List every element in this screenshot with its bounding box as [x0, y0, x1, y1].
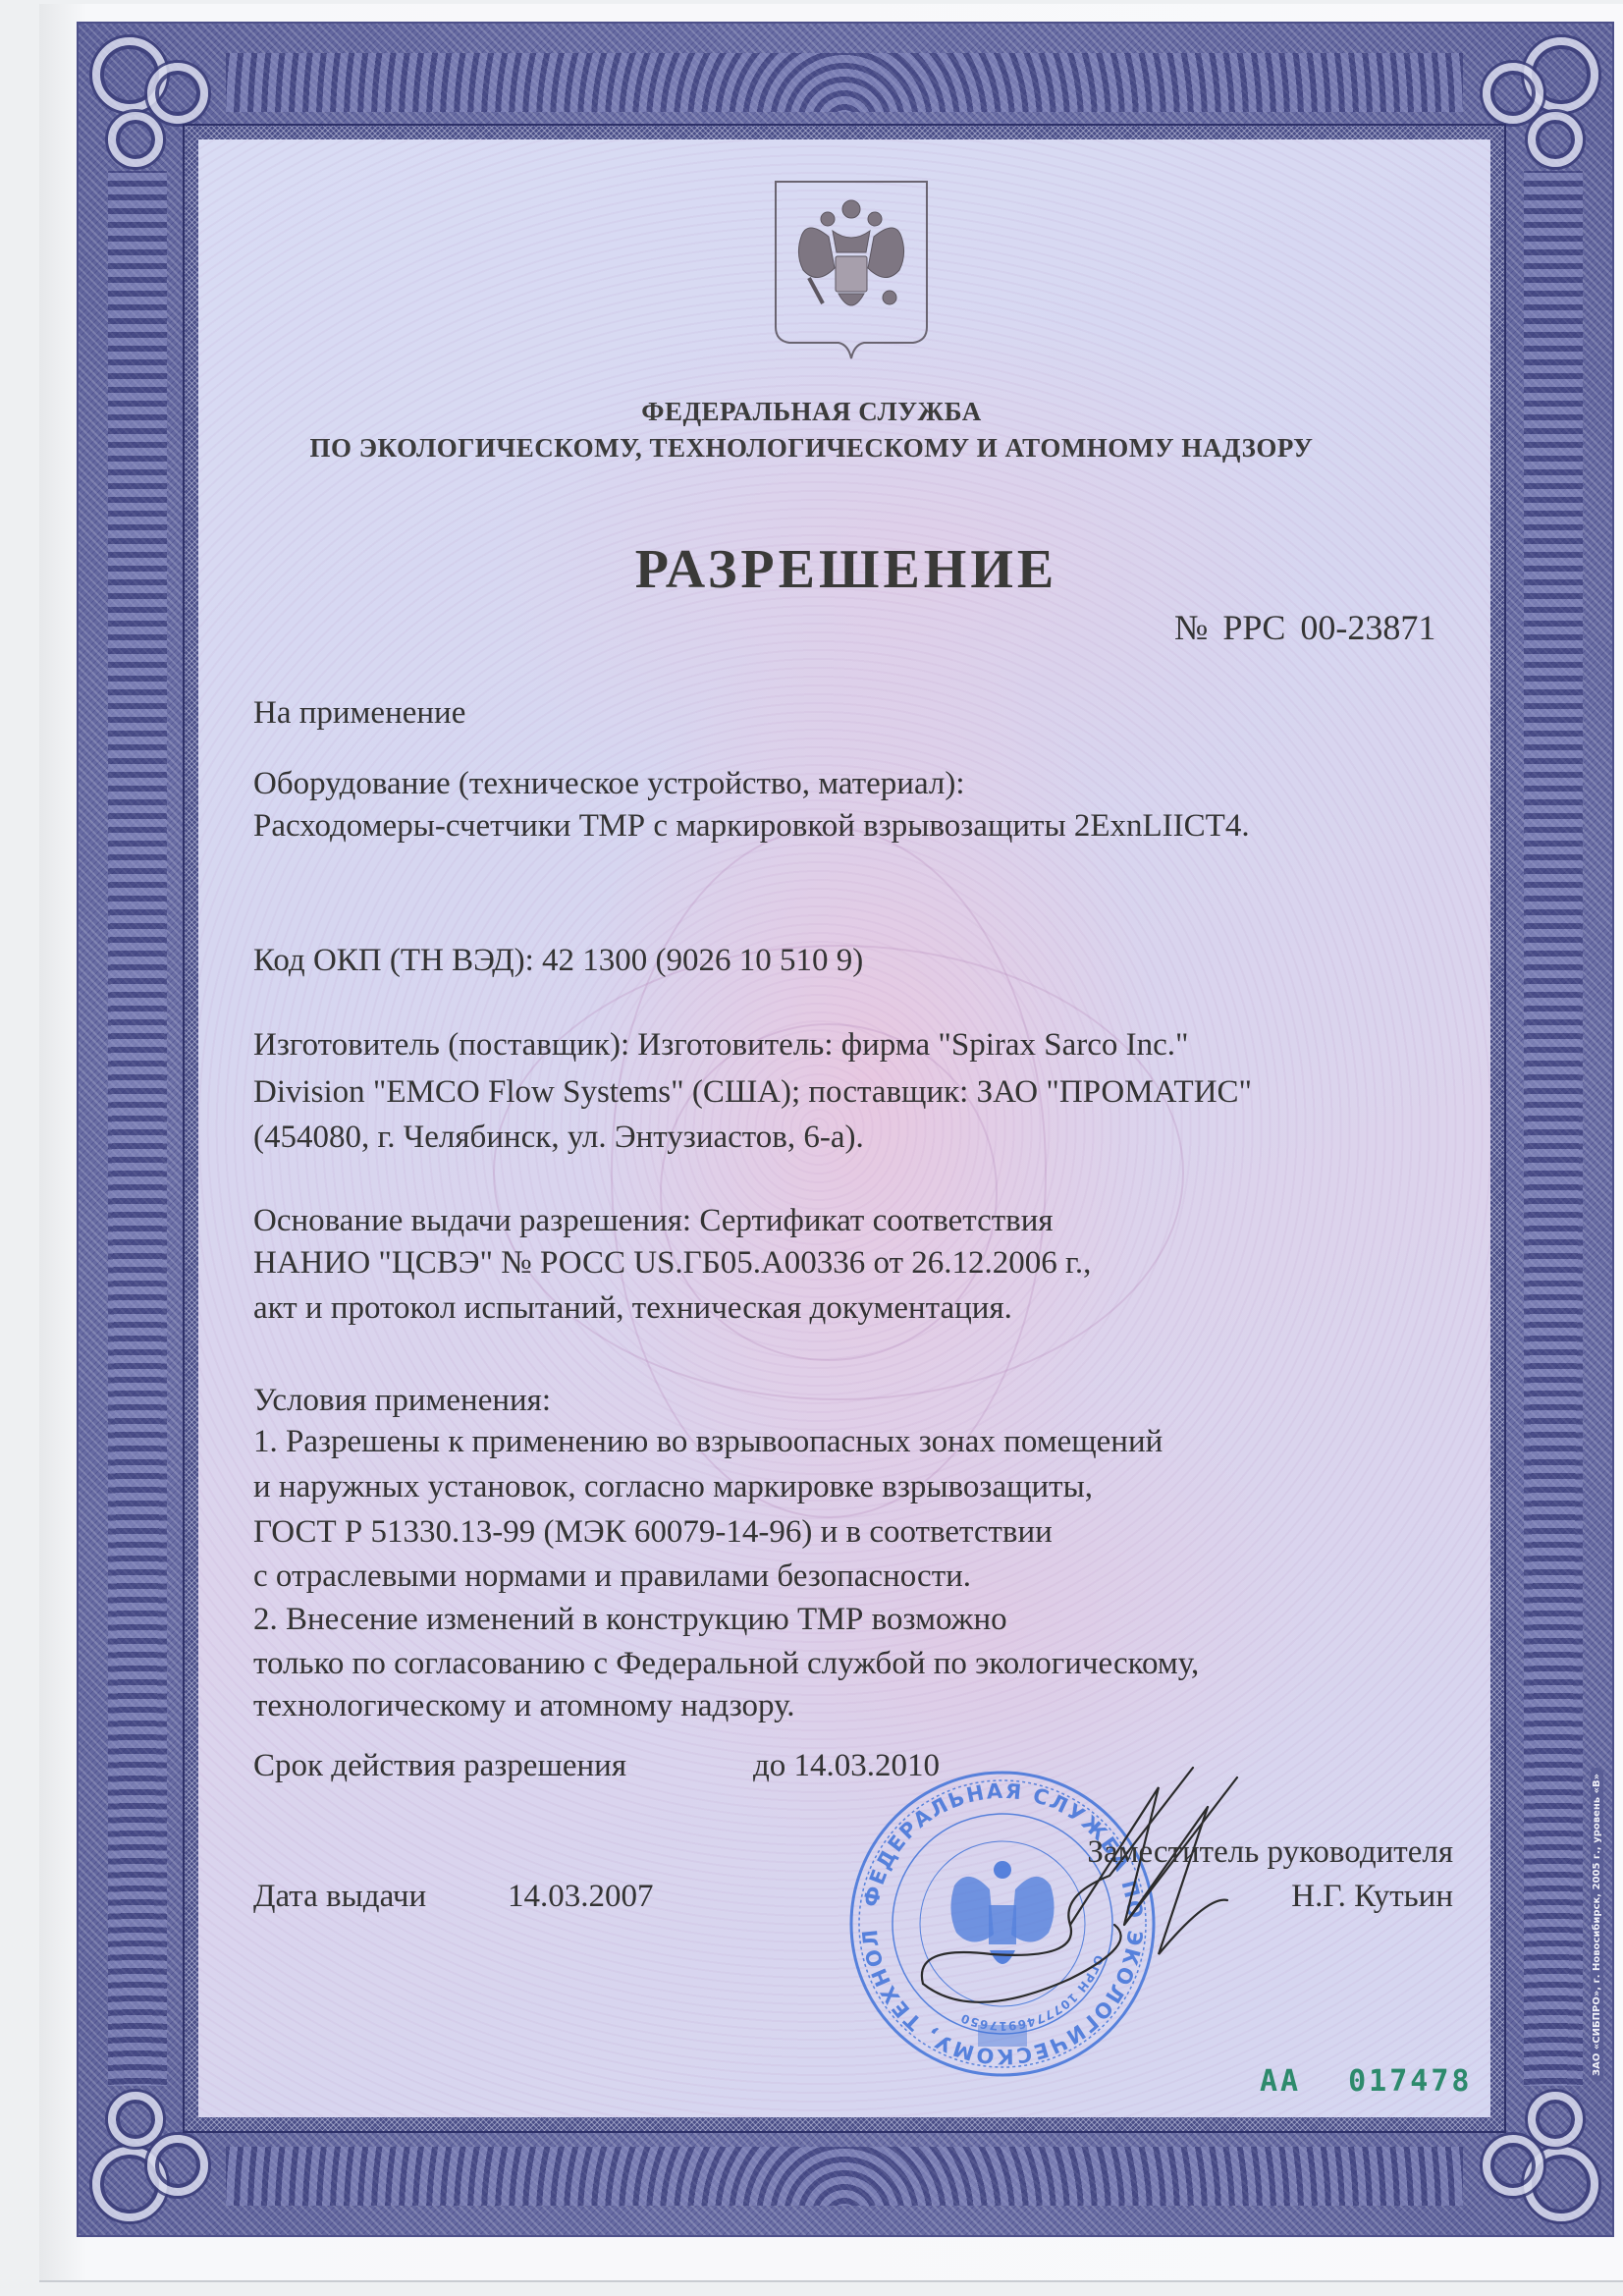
conditions-line: 1. Разрешены к применению во взрывоопасн…: [253, 1424, 1163, 1460]
signatory-name: Н.Г. Кутьин: [1291, 1879, 1453, 1915]
equipment-label: Оборудование (техническое устройство, ма…: [253, 766, 965, 802]
equipment-value: Расходомеры-счетчики ТМР с маркировкой в…: [253, 808, 1250, 845]
basis-line: НАНИО "ЦСВЭ" № РОСС US.ГБ05.А00336 от 26…: [253, 1245, 1091, 1282]
serial-number: 017478: [1348, 2064, 1472, 2099]
printer-imprint: ЗАО «СИБПРО», г. Новосибирск, 2005 г., у…: [1591, 1768, 1603, 2082]
basis-line: акт и протокол испытаний, техническая до…: [253, 1290, 1012, 1327]
issue-date-value: 14.03.2007: [508, 1879, 654, 1915]
agency-name-line-2: ПО ЭКОЛОГИЧЕСКОМУ, ТЕХНОЛОГИЧЕСКОМУ И АТ…: [0, 433, 1623, 464]
document-number: № PPC 00-23871: [1174, 607, 1435, 648]
conditions-line: ГОСТ Р 51330.13-99 (МЭК 60079-14-96) и в…: [253, 1514, 1053, 1551]
conditions-line: и наружных установок, согласно маркировк…: [253, 1469, 1093, 1505]
border-wave-bottom: [226, 2147, 1463, 2206]
okp-code: Код ОКП (ТН ВЭД): 42 1300 (9026 10 510 9…: [253, 943, 863, 979]
form-serial-number: АА017478: [1260, 2064, 1473, 2099]
signature: [913, 1728, 1325, 2052]
document-title: РАЗРЕШЕНИЕ: [0, 538, 1623, 601]
validity-label: Срок действия разрешения: [253, 1748, 626, 1784]
corner-scroll-icon: [108, 2092, 163, 2147]
conditions-line: технологическому и атомному надзору.: [253, 1688, 795, 1724]
border-wave-top: [226, 53, 1463, 112]
purpose-text: На применение: [253, 695, 465, 732]
corner-scroll-icon: [147, 63, 208, 124]
conditions-line: 2. Внесение изменений в конструкцию ТМР …: [253, 1602, 1007, 1638]
conditions-line: с отраслевыми нормами и правилами безопа…: [253, 1558, 971, 1595]
conditions-line: только по согласованию с Федеральной слу…: [253, 1646, 1199, 1682]
agency-name-line-1: ФЕДЕРАЛЬНАЯ СЛУЖБА: [0, 397, 1623, 427]
corner-scroll-icon: [1483, 63, 1543, 124]
serial-series: АА: [1260, 2064, 1301, 2099]
basis-line: Основание выдачи разрешения: Сертификат …: [253, 1203, 1054, 1239]
signatory-title: Заместитель руководителя: [1087, 1834, 1453, 1871]
corner-scroll-icon: [1528, 2092, 1583, 2147]
manufacturer-line: (454080, г. Челябинск, ул. Энтузиастов, …: [253, 1120, 864, 1156]
manufacturer-line: Division "EMCO Flow Systems" (США); пост…: [253, 1074, 1252, 1111]
conditions-heading: Условия применения:: [253, 1383, 551, 1419]
corner-scroll-icon: [1483, 2135, 1543, 2196]
issue-date-label: Дата выдачи: [253, 1879, 426, 1915]
russian-coat-of-arms-icon: [774, 180, 929, 360]
manufacturer-line: Изготовитель (поставщик): Изготовитель: …: [253, 1027, 1189, 1064]
corner-scroll-icon: [108, 112, 163, 167]
corner-scroll-icon: [1528, 112, 1583, 167]
corner-scroll-icon: [147, 2135, 208, 2196]
